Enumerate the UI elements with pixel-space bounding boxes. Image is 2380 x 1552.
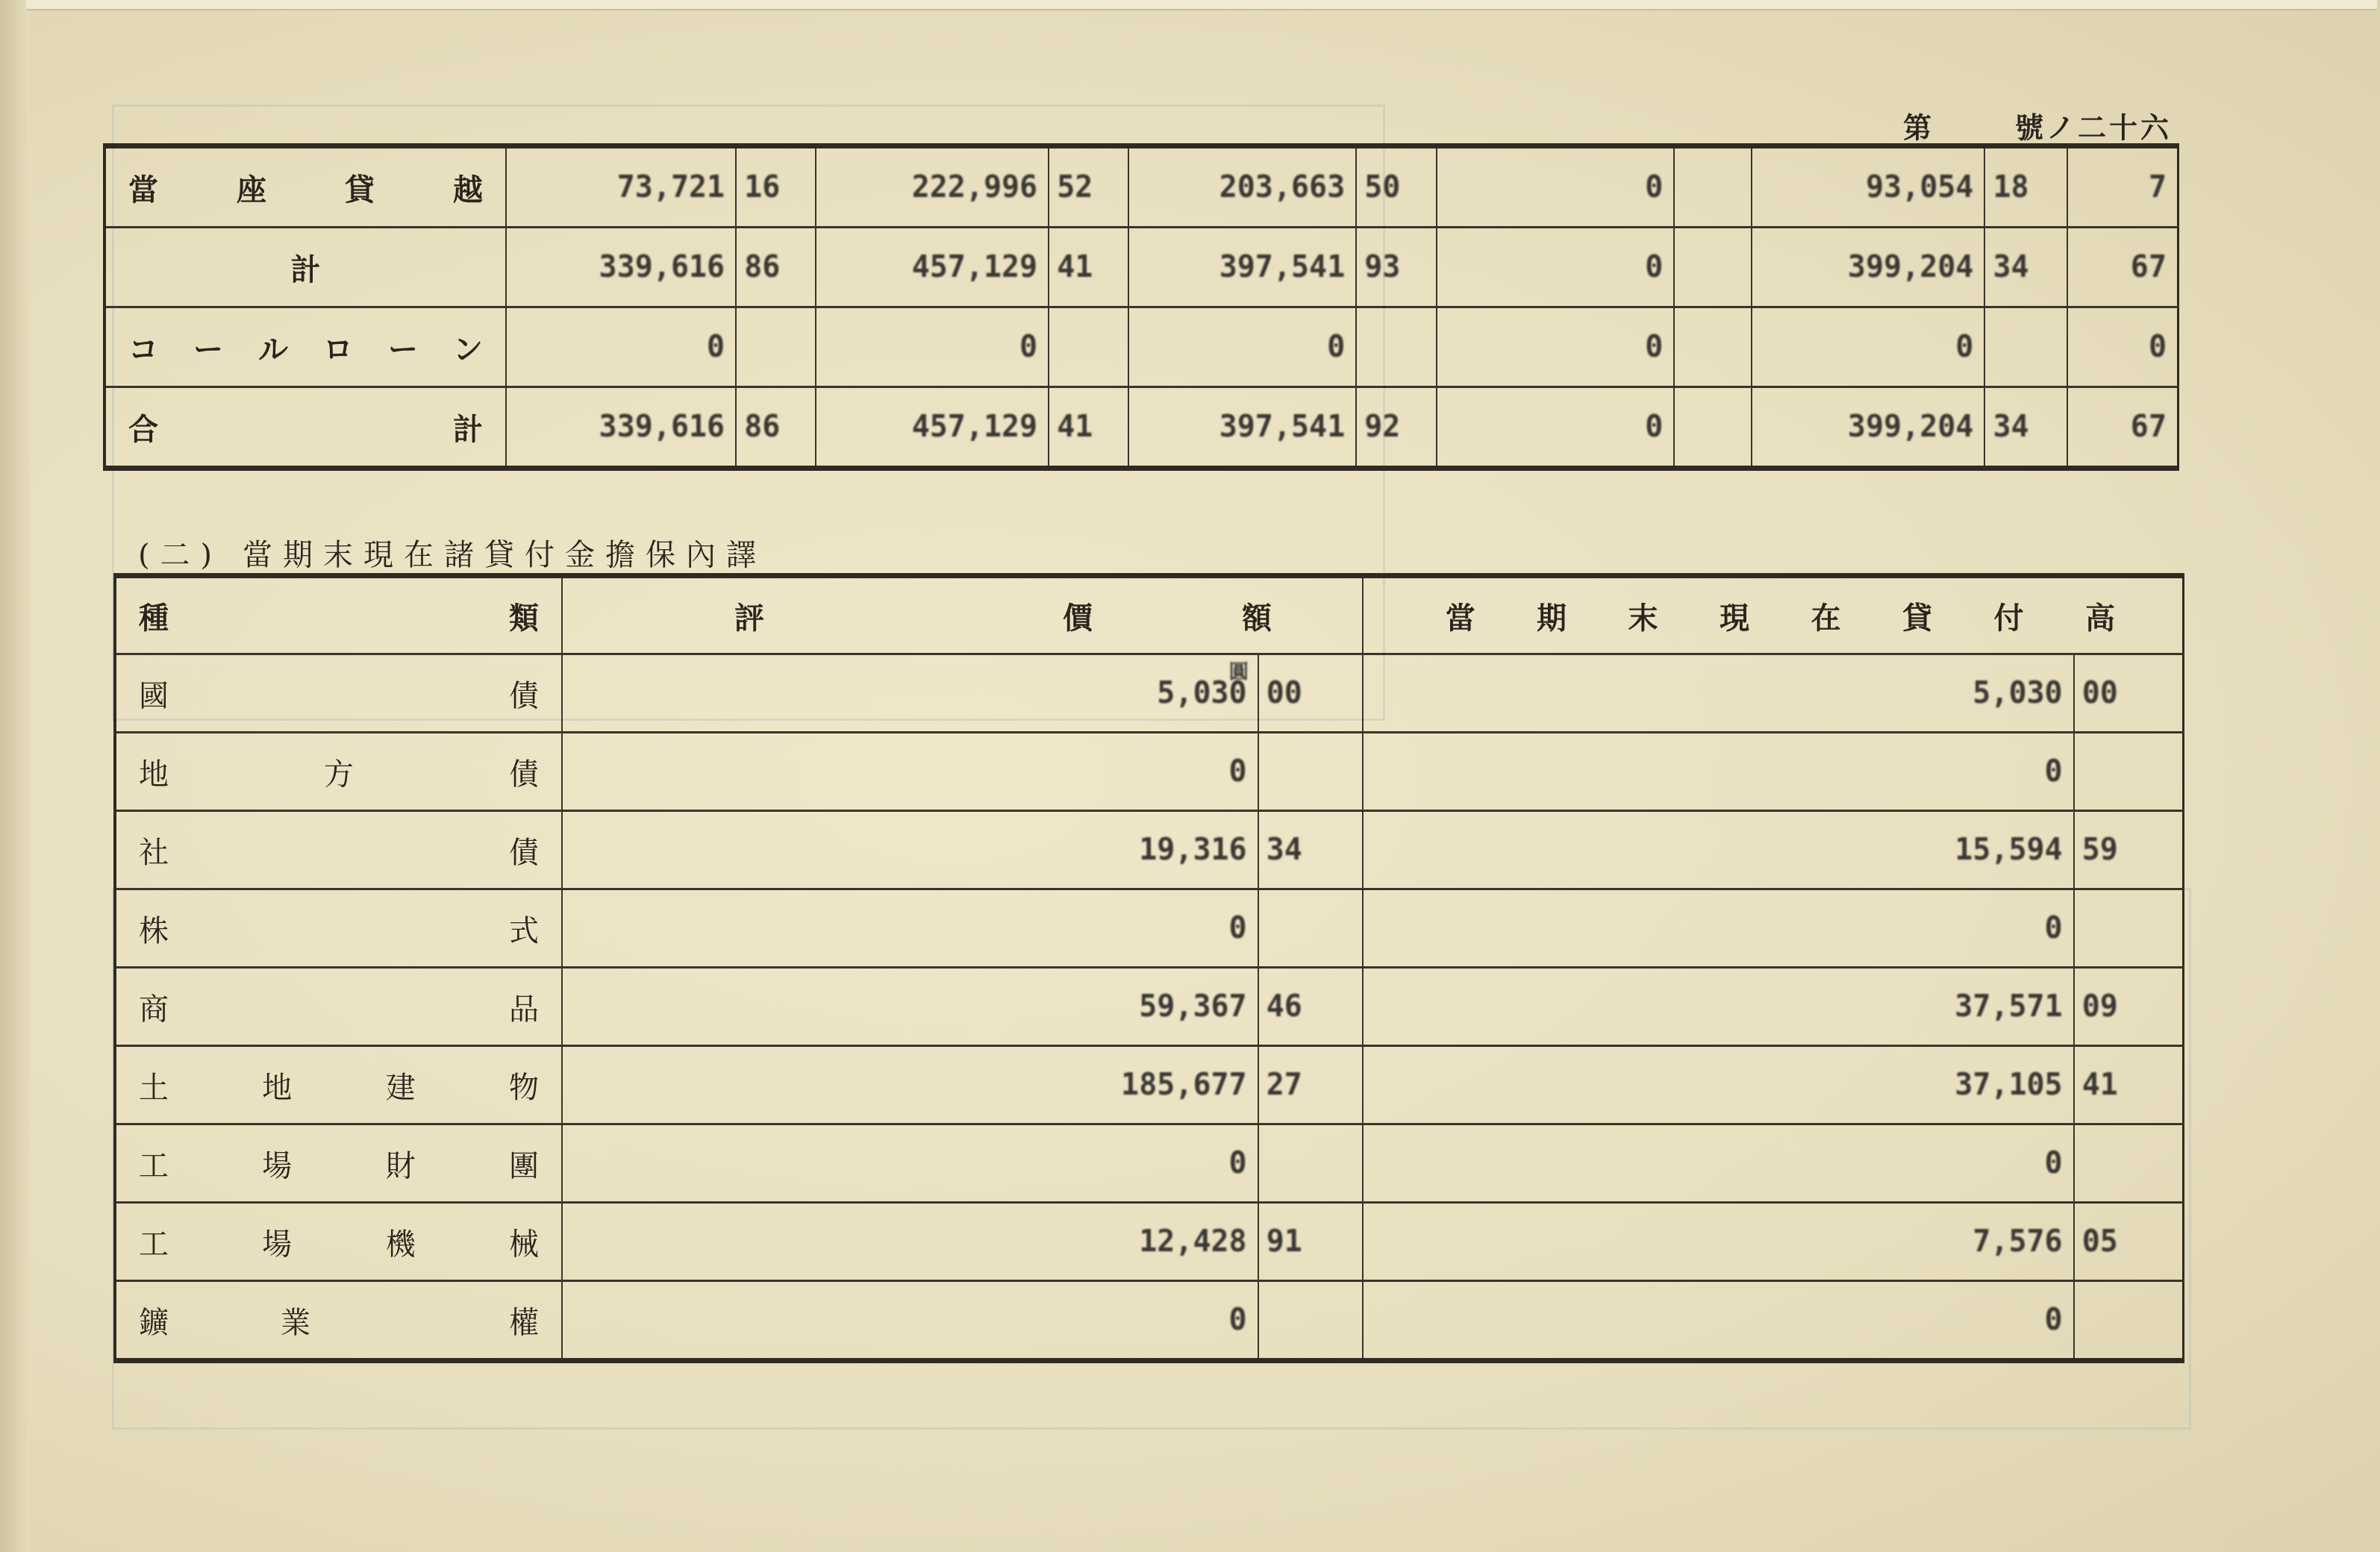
header-type: 種 類 [115, 576, 562, 654]
amount-cell: 203,663 [1128, 146, 1356, 228]
outstanding-sen-cell: 41 [2074, 1046, 2184, 1124]
page-number-header: 第 號ノ二十六 [1903, 104, 2172, 149]
table-row: 鑛業權 0 0 [115, 1281, 2184, 1361]
sen-cell: 50 [1356, 146, 1437, 228]
row-label: 工場機械 [115, 1203, 562, 1281]
table-row: 土地建物 185,677 27 37,105 41 [115, 1046, 2184, 1124]
outstanding-cell: 7,576 [1363, 1203, 2074, 1281]
valuation-sen-cell [1258, 733, 1363, 811]
valuation-cell: 圓5,030 [562, 654, 1258, 733]
table-row: 地方債 0 0 [115, 733, 2184, 811]
sen-cell: 52 [1049, 146, 1128, 228]
outstanding-sen-cell [2074, 733, 2184, 811]
amount-cell: 73,721 [506, 146, 736, 228]
sen-cell: 41 [1049, 228, 1128, 307]
page-number-prefix: 第 [1903, 104, 1934, 149]
amount-cell: 0 [1437, 146, 1674, 228]
sen-cell: 86 [736, 387, 816, 469]
valuation-sen-cell: 34 [1258, 811, 1363, 889]
table-row: 當 座 貸 越 73,721 16 222,996 52 203,663 50 … [104, 146, 2178, 228]
row-label: 鑛業權 [115, 1281, 562, 1361]
amount-cell: 0 [1752, 307, 1984, 387]
table-row: 工場財團 0 0 [115, 1124, 2184, 1203]
amount-cell: 93,054 [1752, 146, 1984, 228]
valuation-sen-cell [1258, 1124, 1363, 1203]
amount-cell: 457,129 [816, 387, 1049, 469]
sen-cell [1049, 307, 1128, 387]
outstanding-cell: 0 [1363, 1281, 2074, 1361]
table-row: 工場機械 12,428 91 7,576 05 [115, 1203, 2184, 1281]
outstanding-sen-cell [2074, 1281, 2184, 1361]
amount-cell: 0 [1128, 307, 1356, 387]
valuation-sen-cell: 00 [1258, 654, 1363, 733]
row-label: 當 座 貸 越 [104, 146, 506, 228]
table-row: 合 計 339,616 86 457,129 41 397,541 92 0 3… [104, 387, 2178, 469]
row-label: 國債 [115, 654, 562, 733]
row-label: 社債 [115, 811, 562, 889]
loans-summary-table: 當 座 貸 越 73,721 16 222,996 52 203,663 50 … [103, 143, 2179, 471]
yen-unit-label: 圓 [1229, 657, 1249, 684]
row-label: 商品 [115, 968, 562, 1046]
valuation-cell: 12,428 [562, 1203, 1258, 1281]
header-row: 種 類 評 價 額 當 期 末 現 在 貸 付 高 [115, 576, 2184, 654]
sen-cell [1674, 307, 1752, 387]
sen-cell: 86 [736, 228, 816, 307]
outstanding-sen-cell: 59 [2074, 811, 2184, 889]
row-label: 計 [104, 228, 506, 307]
header-outstanding: 當 期 末 現 在 貸 付 高 [1363, 576, 2184, 654]
sen-cell: 92 [1356, 387, 1437, 469]
amount-cell: 399,204 [1752, 387, 1984, 469]
valuation-sen-cell: 27 [1258, 1046, 1363, 1124]
sen-cell [1674, 387, 1752, 469]
amount-cell: 339,616 [506, 228, 736, 307]
valuation-cell: 0 [562, 1281, 1258, 1361]
scanned-page: 第 號ノ二十六 當 座 貸 越 73,721 16 222,996 52 203… [0, 0, 2380, 1552]
row-label: コ ー ル ロ ー ン [104, 307, 506, 387]
valuation-cell: 59,367 [562, 968, 1258, 1046]
amount-cell: 339,616 [506, 387, 736, 469]
outstanding-cell: 0 [1363, 889, 2074, 968]
row-label: 株式 [115, 889, 562, 968]
amount-cell: 397,541 [1128, 228, 1356, 307]
sen-cell [1984, 307, 2067, 387]
amount-cell: 7 [2067, 146, 2178, 228]
table-row: 社債 19,316 34 15,594 59 [115, 811, 2184, 889]
outstanding-cell: 0 [1363, 1124, 2074, 1203]
amount-cell: 397,541 [1128, 387, 1356, 469]
amount-cell: 457,129 [816, 228, 1049, 307]
valuation-sen-cell [1258, 889, 1363, 968]
row-label: 工場財團 [115, 1124, 562, 1203]
sen-cell: 16 [736, 146, 816, 228]
row-label: 合 計 [104, 387, 506, 469]
amount-cell: 0 [506, 307, 736, 387]
outstanding-cell: 37,571 [1363, 968, 2074, 1046]
amount-cell: 0 [816, 307, 1049, 387]
page-binding-edge [0, 0, 30, 1552]
table-row: 株式 0 0 [115, 889, 2184, 968]
amount-cell: 0 [1437, 228, 1674, 307]
outstanding-cell: 5,030 [1363, 654, 2074, 733]
valuation-sen-cell [1258, 1281, 1363, 1361]
sen-cell [1674, 228, 1752, 307]
outstanding-cell: 37,105 [1363, 1046, 2074, 1124]
sen-cell: 18 [1984, 146, 2067, 228]
outstanding-cell: 0 [1363, 733, 2074, 811]
section-title: (二) 當期末現在諸貸付金擔保內譯 [138, 531, 766, 574]
outstanding-cell: 15,594 [1363, 811, 2074, 889]
amount-cell: 0 [2067, 307, 2178, 387]
sen-cell: 93 [1356, 228, 1437, 307]
table-row: 國債 圓5,030 00 5,030 00 [115, 654, 2184, 733]
sen-cell: 41 [1049, 387, 1128, 469]
header-valuation: 評 價 額 [562, 576, 1363, 654]
valuation-cell: 185,677 [562, 1046, 1258, 1124]
amount-cell: 0 [1437, 307, 1674, 387]
outstanding-sen-cell: 00 [2074, 654, 2184, 733]
amount-cell: 0 [1437, 387, 1674, 469]
valuation-sen-cell: 91 [1258, 1203, 1363, 1281]
valuation-cell: 19,316 [562, 811, 1258, 889]
collateral-breakdown-table: 種 類 評 價 額 當 期 末 現 在 貸 付 高 國債 圓5,030 00 5… [113, 573, 2184, 1363]
outstanding-sen-cell [2074, 1124, 2184, 1203]
outstanding-sen-cell [2074, 889, 2184, 968]
outstanding-sen-cell: 09 [2074, 968, 2184, 1046]
table-row: 商品 59,367 46 37,571 09 [115, 968, 2184, 1046]
amount-cell: 67 [2067, 228, 2178, 307]
table-row: コ ー ル ロ ー ン 0 0 0 0 0 0 [104, 307, 2178, 387]
page-number-value: 號ノ二十六 [2015, 104, 2172, 149]
valuation-cell: 0 [562, 1124, 1258, 1203]
outstanding-sen-cell: 05 [2074, 1203, 2184, 1281]
row-label: 地方債 [115, 733, 562, 811]
row-label: 土地建物 [115, 1046, 562, 1124]
sen-cell: 34 [1984, 387, 2067, 469]
sen-cell [1356, 307, 1437, 387]
sen-cell: 34 [1984, 228, 2067, 307]
valuation-cell: 0 [562, 733, 1258, 811]
valuation-cell: 0 [562, 889, 1258, 968]
sen-cell [736, 307, 816, 387]
valuation-sen-cell: 46 [1258, 968, 1363, 1046]
amount-cell: 67 [2067, 387, 2178, 469]
amount-cell: 222,996 [816, 146, 1049, 228]
table-row: 計 339,616 86 457,129 41 397,541 93 0 399… [104, 228, 2178, 307]
sen-cell [1674, 146, 1752, 228]
page-top-edge [26, 0, 2377, 10]
amount-cell: 399,204 [1752, 228, 1984, 307]
